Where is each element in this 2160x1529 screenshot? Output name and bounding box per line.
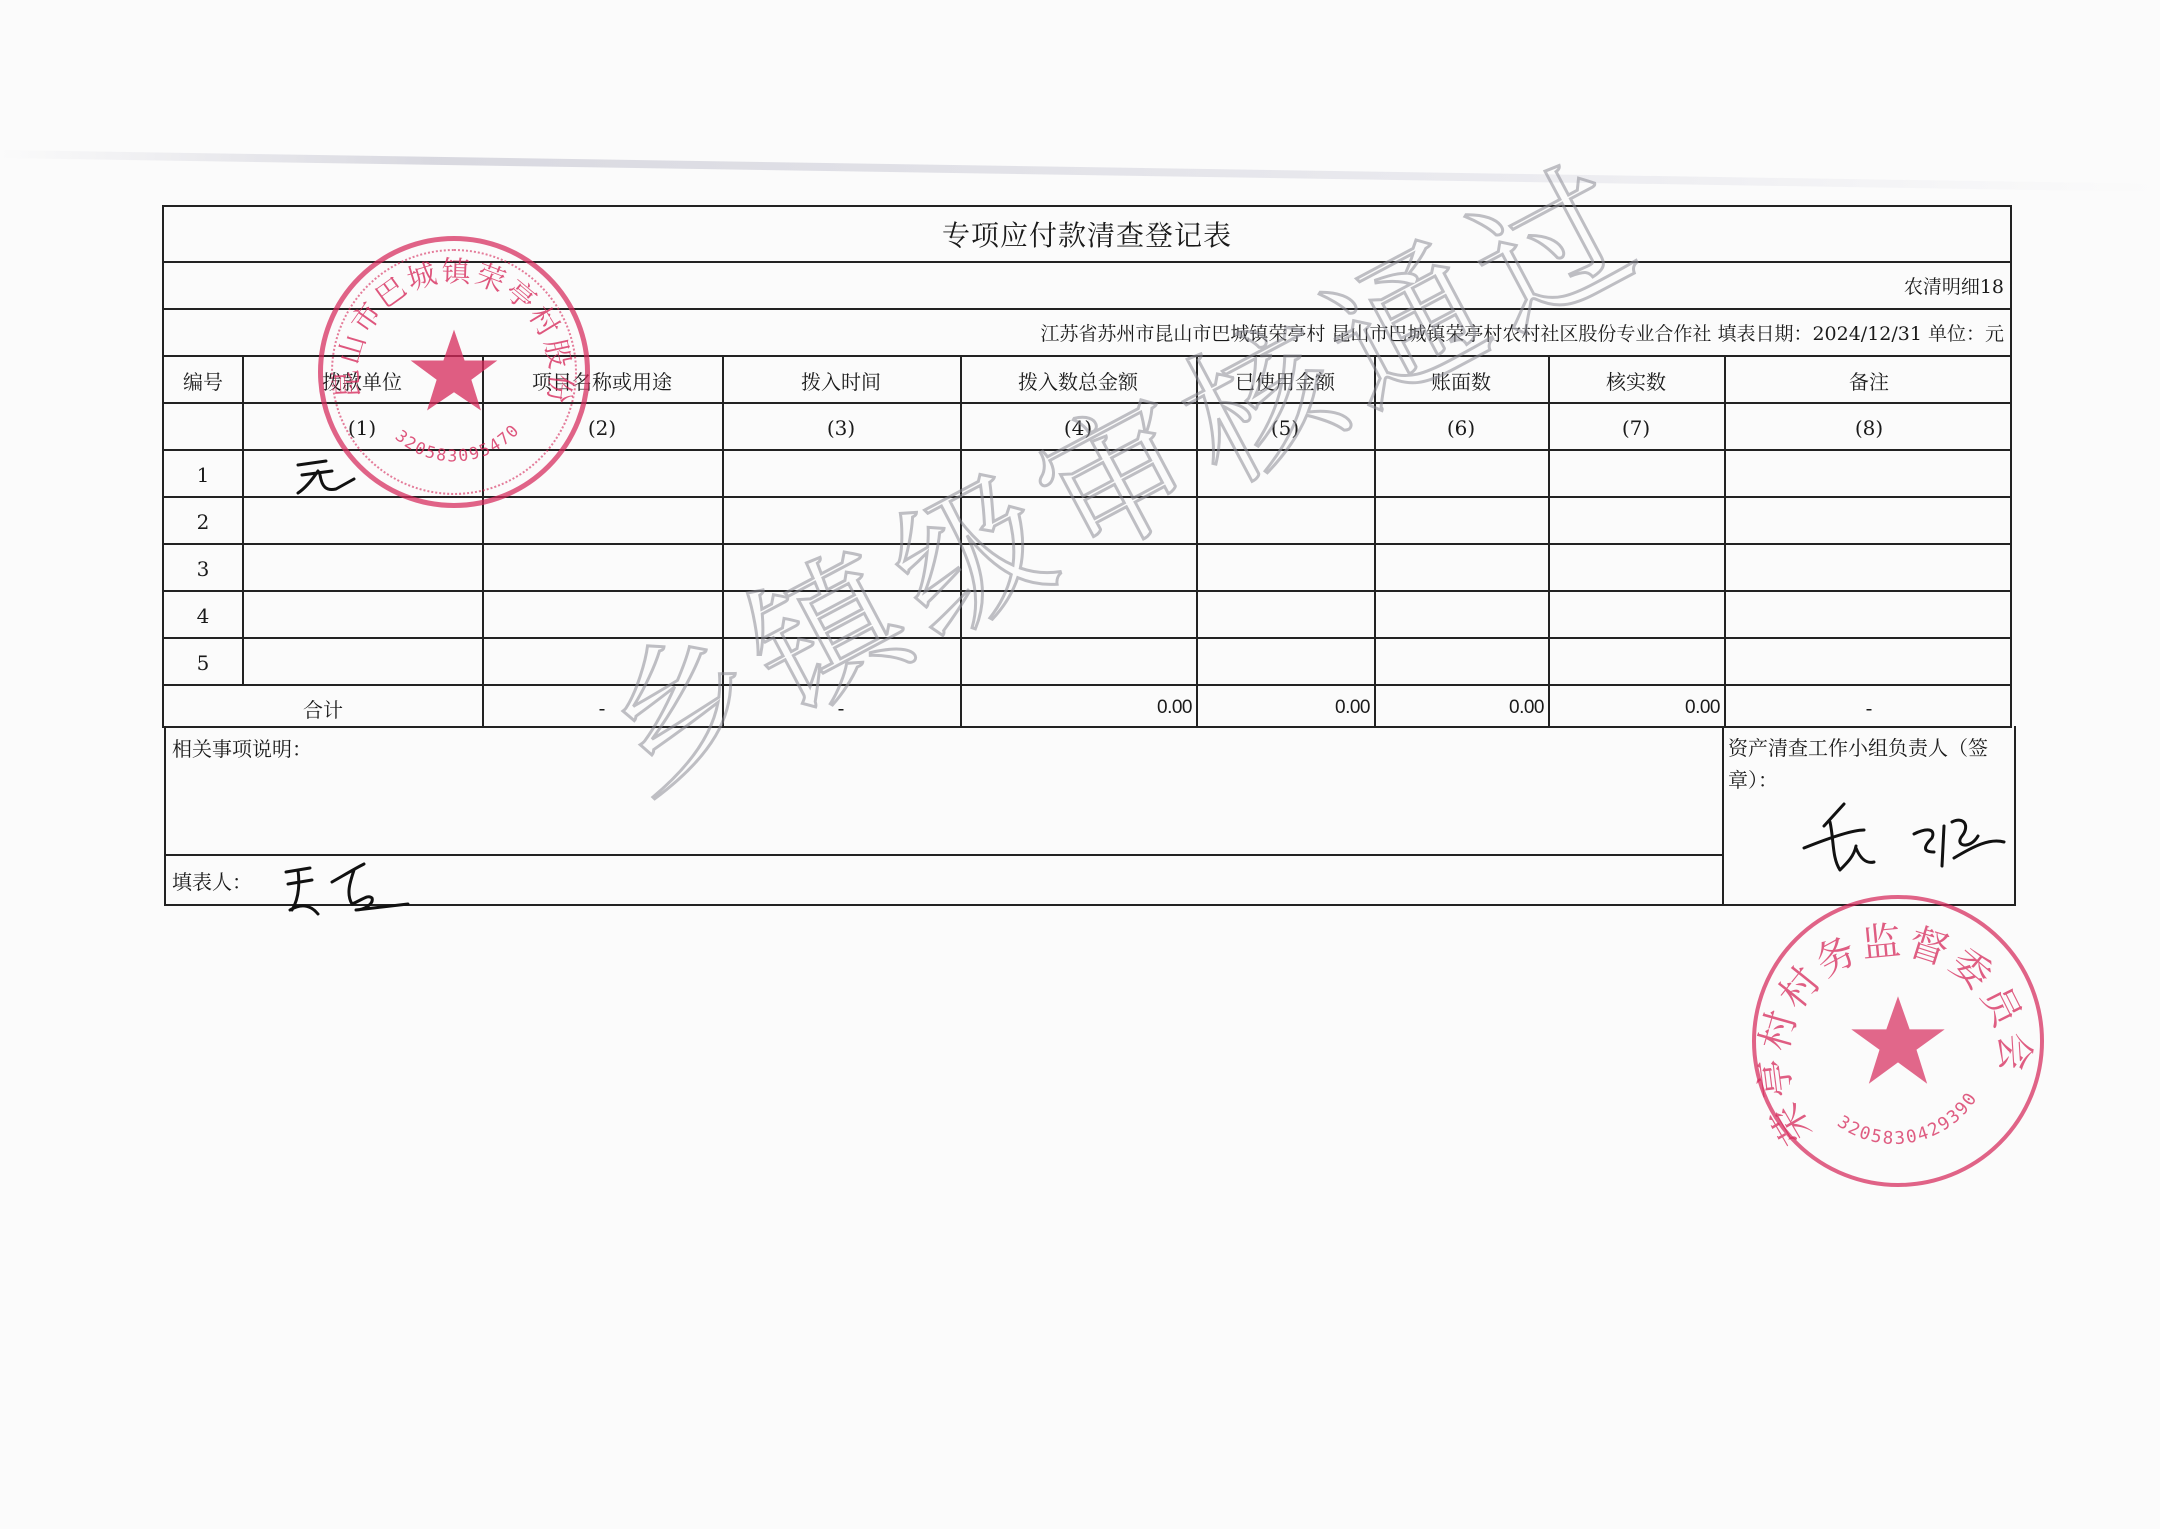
col-code-1: (1) <box>242 404 482 451</box>
col-code-3: (3) <box>722 404 960 451</box>
col-header-book: 账面数 <box>1374 357 1548 404</box>
col-header-time: 拨入时间 <box>722 357 960 404</box>
col-header-used: 已使用金额 <box>1196 357 1374 404</box>
table-row-no: 5 <box>164 639 242 686</box>
col-code-6: (6) <box>1374 404 1548 451</box>
total-remark: - <box>1724 686 2014 730</box>
col-header-unit: 拨款单位 <box>242 357 482 404</box>
col-code-7: (7) <box>1548 404 1724 451</box>
related-notes-label: 相关事项说明： <box>166 730 312 764</box>
total-amount: 0.00 <box>960 686 1196 730</box>
register-table: 专项应付款清查登记表 农清明细18 江苏省苏州市昆山市巴城镇荣亭村 昆山市巴城镇… <box>162 205 2012 728</box>
total-label: 合计 <box>164 686 482 730</box>
table-row-no: 4 <box>164 592 242 639</box>
total-time: - <box>722 686 960 730</box>
total-used: 0.00 <box>1196 686 1374 730</box>
svg-text:3205830429390: 3205830429390 <box>1834 1088 1983 1149</box>
col-code-8: (8) <box>1724 404 2014 451</box>
total-verified: 0.00 <box>1548 686 1724 730</box>
col-code-4: (4) <box>960 404 1196 451</box>
table-row-no: 1 <box>164 451 242 498</box>
scan-artifact <box>0 150 2160 192</box>
col-code-5: (5) <box>1196 404 1374 451</box>
total-project: - <box>482 686 722 730</box>
leader-signature <box>1794 796 2024 886</box>
table-row-no: 3 <box>164 545 242 592</box>
notes-block: 相关事项说明： 填表人： <box>164 726 1724 906</box>
header-line: 江苏省苏州市昆山市巴城镇荣亭村 昆山市巴城镇荣亭村农村社区股份专业合作社 填表日… <box>164 310 2010 355</box>
supervision-committee-seal: 荣亭村村务监督委员会 3205830429390 <box>1752 895 2044 1187</box>
col-header-verified: 核实数 <box>1548 357 1724 404</box>
col-header-total: 拨入数总金额 <box>960 357 1196 404</box>
col-header-project: 项目名称或用途 <box>482 357 722 404</box>
total-book: 0.00 <box>1374 686 1548 730</box>
preparer-label: 填表人： <box>166 856 252 904</box>
svg-text:荣亭村村务监督委员会: 荣亭村村务监督委员会 <box>1751 918 2038 1151</box>
col-header-no: 编号 <box>164 357 242 404</box>
leader-label: 资产清查工作小组负责人（签章）： <box>1728 732 2008 802</box>
form-code: 农清明细18 <box>164 263 2010 308</box>
leader-block: 资产清查工作小组负责人（签章）： <box>1722 726 2016 906</box>
page-title: 专项应付款清查登记表 <box>164 207 2010 261</box>
col-code-2: (2) <box>482 404 722 451</box>
col-header-remark: 备注 <box>1724 357 2014 404</box>
table-row-no: 2 <box>164 498 242 545</box>
preparer-signature <box>276 860 426 920</box>
